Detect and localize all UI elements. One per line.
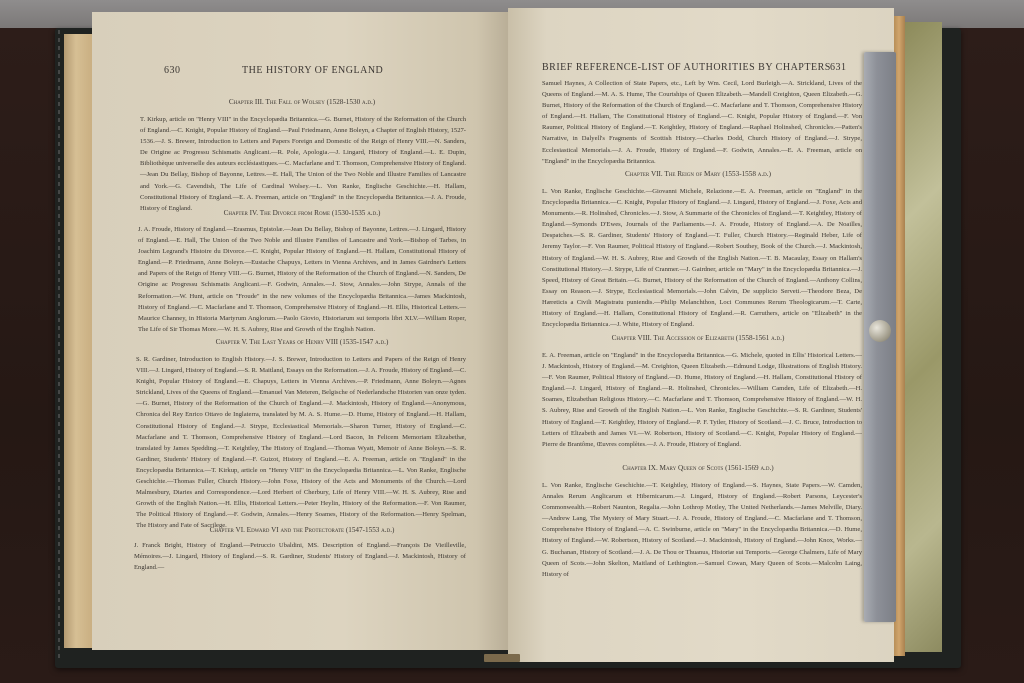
chapter-heading: Chapter VII. The Reign of Mary (1553-155… <box>538 170 858 178</box>
chapter-text: E. A. Freeman, article on "England" in t… <box>542 350 862 450</box>
chapter-heading: Chapter IV. The Divorce from Rome (1530-… <box>132 209 472 217</box>
right-page: BRIEF REFERENCE-LIST OF AUTHORITIES BY C… <box>508 8 894 662</box>
chapter-text: T. Kirkup, article on "Henry VIII" in th… <box>140 114 466 202</box>
left-running-head: THE HISTORY OF ENGLAND <box>242 65 383 76</box>
chapter-heading: Chapter V. The Last Years of Henry VIII … <box>132 338 472 346</box>
chapter-text: J. A. Froude, History of England.—Erasmu… <box>138 224 466 336</box>
chapter-text: Samuel Haynes, A Collection of State Pap… <box>542 78 862 156</box>
clamp-knob-icon[interactable] <box>869 320 891 342</box>
chapter-heading: Chapter IX. Mary Queen of Scots (1561-15… <box>538 464 858 472</box>
chapter-text: L. Von Ranke, Englische Geschichte.—Giov… <box>542 186 862 320</box>
left-page: 630 THE HISTORY OF ENGLAND Chapter III. … <box>92 12 510 650</box>
chapter-text: L. Von Ranke, Englische Geschichte.—T. K… <box>542 480 862 592</box>
chapter-text: S. R. Gardiner, Introduction to English … <box>136 354 466 522</box>
chapter-heading: Chapter III. The Fall of Wolsey (1528-15… <box>132 98 472 106</box>
cover-stitching <box>58 30 60 660</box>
spine-headband <box>484 654 520 662</box>
chapter-heading: Chapter VI. Edward VI and the Protectora… <box>132 526 472 534</box>
chapter-text: J. Franck Bright, History of England.—Pe… <box>134 540 466 574</box>
left-page-number: 630 <box>164 65 181 76</box>
right-page-number: 631 <box>830 62 847 73</box>
left-page-edges <box>64 34 94 648</box>
right-running-head: BRIEF REFERENCE-LIST OF AUTHORITIES BY C… <box>542 62 831 73</box>
chapter-heading: Chapter VIII. The Accession of Elizabeth… <box>538 334 858 342</box>
marbled-endpaper <box>904 22 942 652</box>
